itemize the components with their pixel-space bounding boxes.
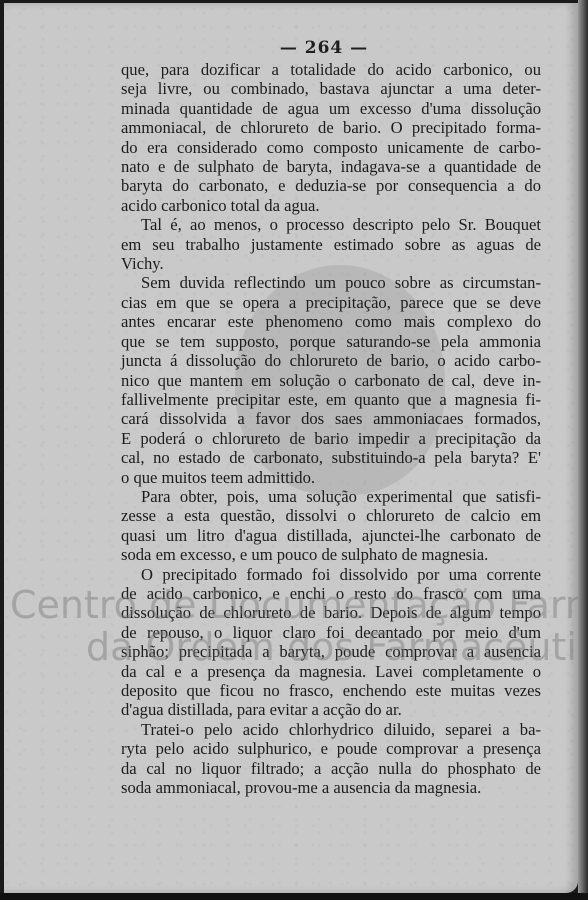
text-line: d'agua distillada, para evitar a acção d… xyxy=(121,700,541,719)
text-line: soda em excesso, e um pouco de sulphato … xyxy=(121,545,541,564)
text-line: fallivelmente precipitar este, em quanto… xyxy=(121,390,541,409)
text-line: quasi um litro d'agua distillada, ajunct… xyxy=(121,526,541,545)
text-line: acido carbonico total da agua. xyxy=(121,196,541,215)
body-text: que, para dozificar a totalidade do acid… xyxy=(121,60,541,797)
text-line: juncta á dissolução do chlorureto de bar… xyxy=(121,351,541,370)
text-line: do era considerado como composto unicame… xyxy=(121,138,541,157)
text-line: baryta do carbonato, e deduzia-se por co… xyxy=(121,176,541,195)
text-line: cal, no estado de carbonato, substituind… xyxy=(121,448,541,467)
text-line: da cal e a presença da magnesia. Lavei c… xyxy=(121,662,541,681)
text-line: siphão; precipitada a baryta, poude comp… xyxy=(121,642,541,661)
text-line: dissolução de chlorureto de bario. Depoi… xyxy=(121,603,541,622)
text-line: soda ammoniacal, provou-me a ausencia da… xyxy=(121,778,541,797)
text-line: da cal no liquor filtrado; a acção nulla… xyxy=(121,759,541,778)
text-line: ammoniacal, de chlorureto de bario. O pr… xyxy=(121,118,541,137)
text-line: Para obter, pois, uma solução experiment… xyxy=(121,487,541,506)
text-line: cias em que se opera a precipitação, par… xyxy=(121,293,541,312)
page-edge-shadow xyxy=(578,0,588,900)
text-line: em seu trabalho justamente estimado sobr… xyxy=(121,235,541,254)
text-line: seja livre, ou combinado, bastava ajunct… xyxy=(121,79,541,98)
text-line: nato e de sulphato de baryta, indagava-s… xyxy=(121,157,541,176)
text-line: que se tem supposto, porque saturando-se… xyxy=(121,332,541,351)
text-line: E poderá o chlorureto de bario impedir a… xyxy=(121,429,541,448)
text-line: de acido carbonico, e enchi o resto do f… xyxy=(121,584,541,603)
text-line: Sem duvida reflectindo um pouco sobre as… xyxy=(121,273,541,292)
text-line: ryta pelo acido sulphurico, e poude comp… xyxy=(121,739,541,758)
scan-border-bottom xyxy=(0,893,588,900)
text-line: Tratei-o pelo acido chlorhydrico diluido… xyxy=(121,720,541,739)
text-line: zesse a esta questão, dissolvi o chlorur… xyxy=(121,506,541,525)
text-line: minada quantidade de agua um excesso d'u… xyxy=(121,99,541,118)
text-line: antes encarar este phenomeno como mais c… xyxy=(121,312,541,331)
text-line: Vichy. xyxy=(121,254,541,273)
text-line: deposito que ficou no frasco, enchendo e… xyxy=(121,681,541,700)
text-line: cará dissolvida a favor dos saes ammonia… xyxy=(121,409,541,428)
text-line: Tal é, ao menos, o processo descripto pe… xyxy=(121,215,541,234)
page-number: — 264 — xyxy=(0,38,588,58)
text-line: O precipitado formado foi dissolvido por… xyxy=(121,565,541,584)
text-line: o que muitos teem admittido. xyxy=(121,468,541,487)
text-line: que, para dozificar a totalidade do acid… xyxy=(121,60,541,79)
text-line: nico que mantem em solução o carbonato d… xyxy=(121,371,541,390)
text-line: de repouso, o liquor claro foi decantado… xyxy=(121,623,541,642)
